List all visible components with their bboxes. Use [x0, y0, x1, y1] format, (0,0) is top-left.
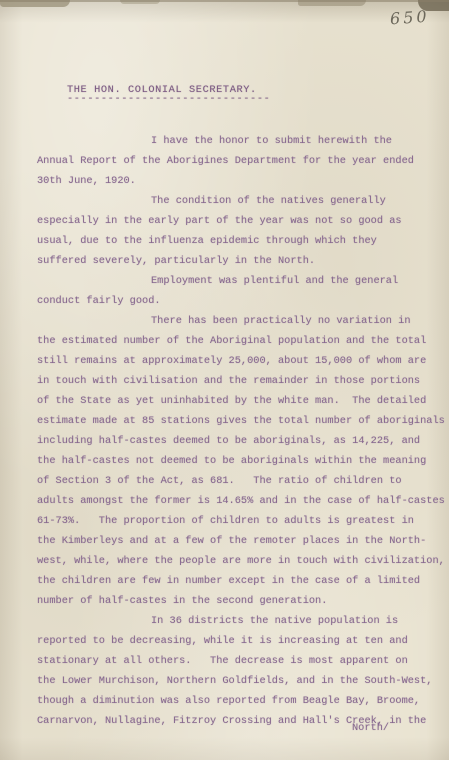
heading-underline: ------------------------------ [67, 96, 270, 102]
document-line: adults amongst the former is 14.65% and … [37, 491, 449, 511]
document-line: of Section 3 of the Act, as 681. The rat… [37, 471, 449, 491]
document-page: 650 THE HON. COLONIAL SECRETARY. -------… [0, 0, 449, 760]
document-line: especially in the early part of the year… [37, 211, 449, 231]
document-line: reported to be decreasing, while it is i… [37, 631, 449, 651]
document-line: I have the honor to submit herewith the [37, 131, 449, 151]
document-body: I have the honor to submit herewith theA… [37, 131, 449, 731]
document-line: west, while, where the people are more i… [37, 551, 449, 571]
document-line: the children are few in number except in… [37, 571, 449, 591]
document-line: The condition of the natives generally [37, 191, 449, 211]
document-line: estimate made at 85 stations gives the t… [37, 411, 449, 431]
document-line: Annual Report of the Aborigines Departme… [37, 151, 449, 171]
document-line: though a diminution was also reported fr… [37, 691, 449, 711]
catchword: North/ [352, 722, 389, 734]
document-line: still remains at approximately 25,000, a… [37, 351, 449, 371]
document-line: 61-73%. The proportion of children to ad… [37, 511, 449, 531]
document-line: There has been practically no variation … [37, 311, 449, 331]
document-line: the half-castes not deemed to be aborigi… [37, 451, 449, 471]
document-line: conduct fairly good. [37, 291, 449, 311]
document-line: usual, due to the influenza epidemic thr… [37, 231, 449, 251]
document-line: the Kimberleys and at a few of the remot… [37, 531, 449, 551]
document-line: Employment was plentiful and the general [37, 271, 449, 291]
document-line: number of half-castes in the second gene… [37, 591, 449, 611]
document-line: in touch with civilisation and the remai… [37, 371, 449, 391]
document-line: suffered severely, particularly in the N… [37, 251, 449, 271]
document-line: including half-castes deemed to be abori… [37, 431, 449, 451]
document-heading-block: THE HON. COLONIAL SECRETARY. -----------… [67, 84, 270, 102]
document-line: 30th June, 1920. [37, 171, 449, 191]
document-line: In 36 districts the native population is [37, 611, 449, 631]
document-line: the Lower Murchison, Northern Goldfields… [37, 671, 449, 691]
handwritten-number: 650 [389, 7, 430, 29]
paper-tear [0, 0, 449, 2]
document-line: the estimated number of the Aboriginal p… [37, 331, 449, 351]
document-line: of the State as yet uninhabited by the w… [37, 391, 449, 411]
document-line: stationary at all others. The decrease i… [37, 651, 449, 671]
